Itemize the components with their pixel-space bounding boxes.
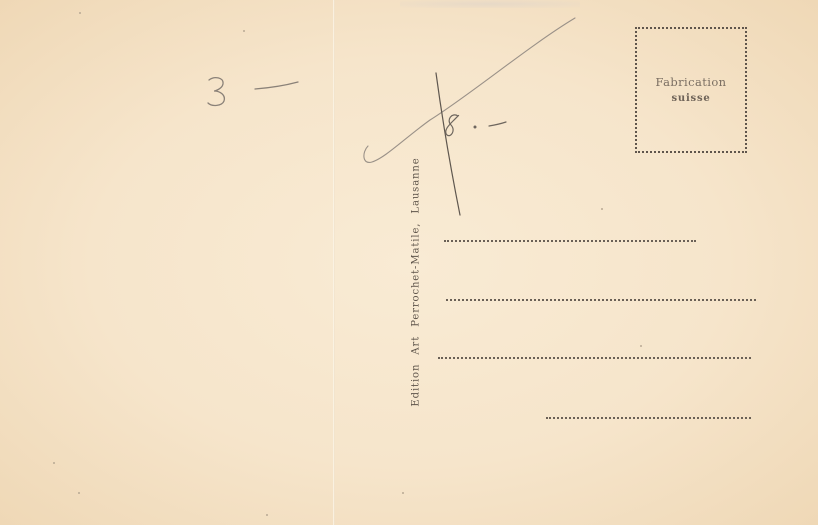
handwritten-price-8	[446, 115, 506, 136]
publisher-imprint: Edition Art Perrochet-Matile, Lausanne	[411, 157, 422, 406]
stamp-placeholder-box: Fabrication suisse	[635, 27, 747, 153]
handwritten-vertical-stroke	[436, 73, 460, 215]
handwritten-price-3	[208, 78, 298, 106]
paper-smudge	[400, 0, 580, 8]
paper-speck	[266, 514, 268, 516]
paper-speck	[640, 345, 642, 347]
address-line-2	[446, 299, 756, 301]
stamp-label-fabrication: Fabrication	[637, 75, 745, 89]
paper-speck	[53, 462, 55, 464]
paper-speck	[402, 492, 404, 494]
paper-speck	[79, 12, 81, 14]
center-divider-line	[333, 0, 335, 525]
stamp-label-suisse: suisse	[637, 93, 745, 104]
address-line-3	[438, 357, 751, 359]
paper-speck	[78, 492, 80, 494]
postcard-back: Fabrication suisse Edition Art Perrochet…	[0, 0, 818, 525]
handwritten-diagonal-stroke	[364, 18, 575, 162]
address-line-4	[546, 417, 751, 419]
paper-speck	[601, 208, 603, 210]
address-line-1	[444, 240, 696, 242]
paper-speck	[243, 30, 245, 32]
